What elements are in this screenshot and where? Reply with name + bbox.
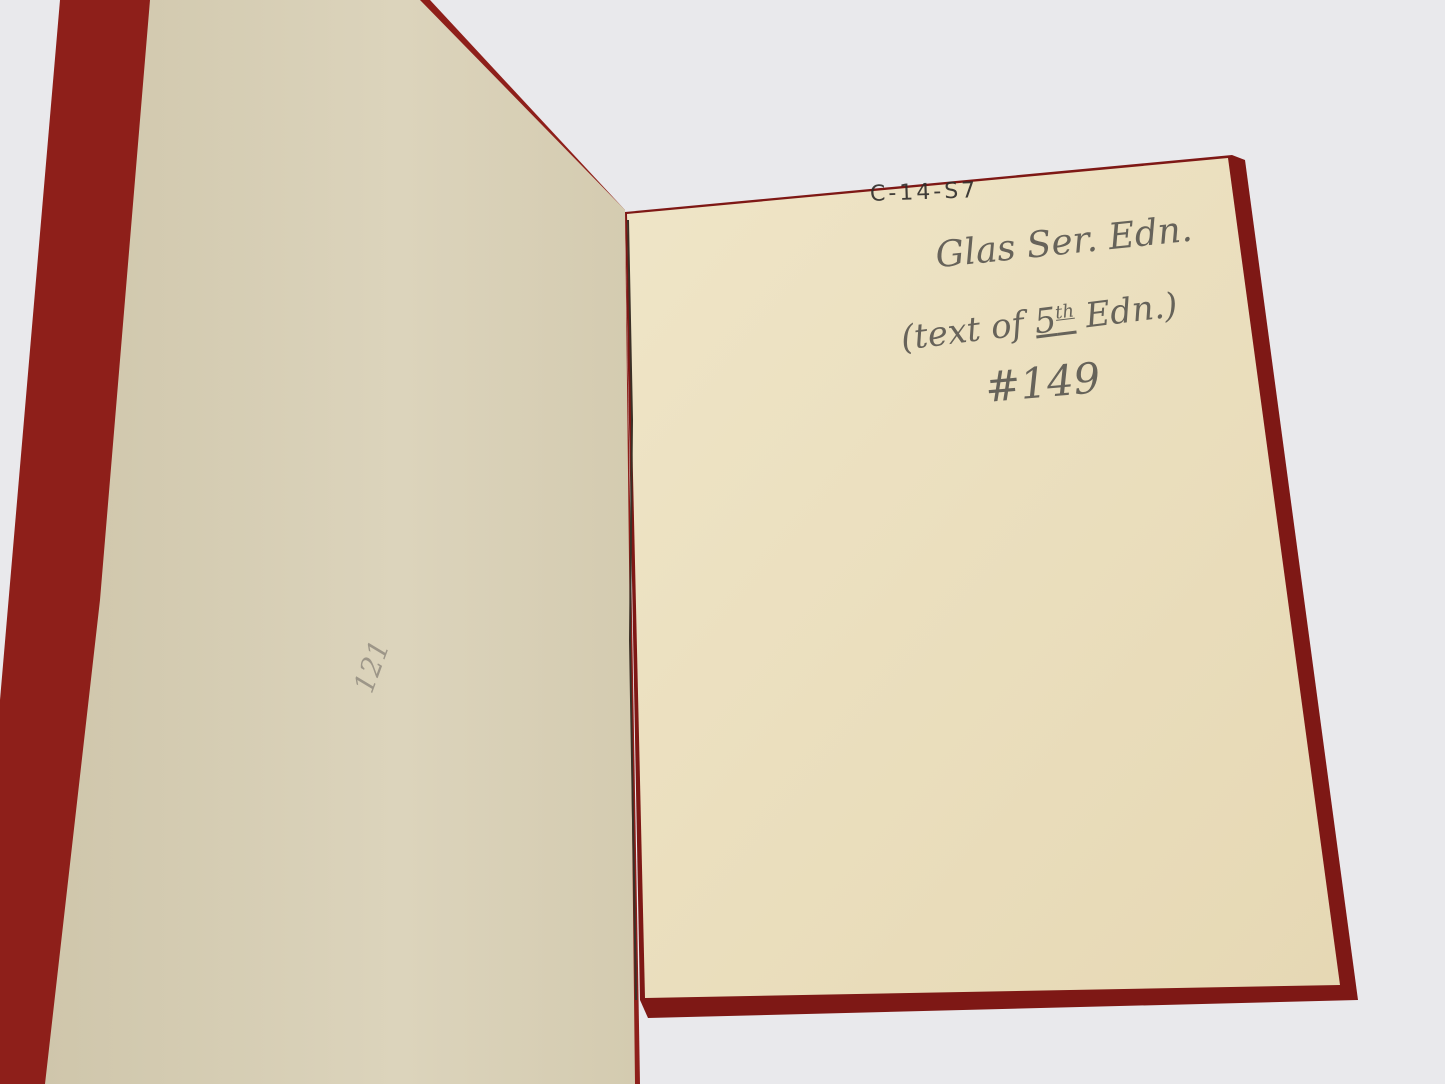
ordinal: 5th <box>1032 298 1077 343</box>
ordinal-suffix: th <box>1054 300 1075 323</box>
book-illustration <box>0 0 1445 1084</box>
book-photo: C-14-S7 Glas Ser. Edn. (text of 5th Edn.… <box>0 0 1445 1084</box>
catalog-code: C-14-S7 <box>870 178 979 207</box>
right-page <box>627 158 1340 998</box>
item-number: #149 <box>983 353 1102 412</box>
